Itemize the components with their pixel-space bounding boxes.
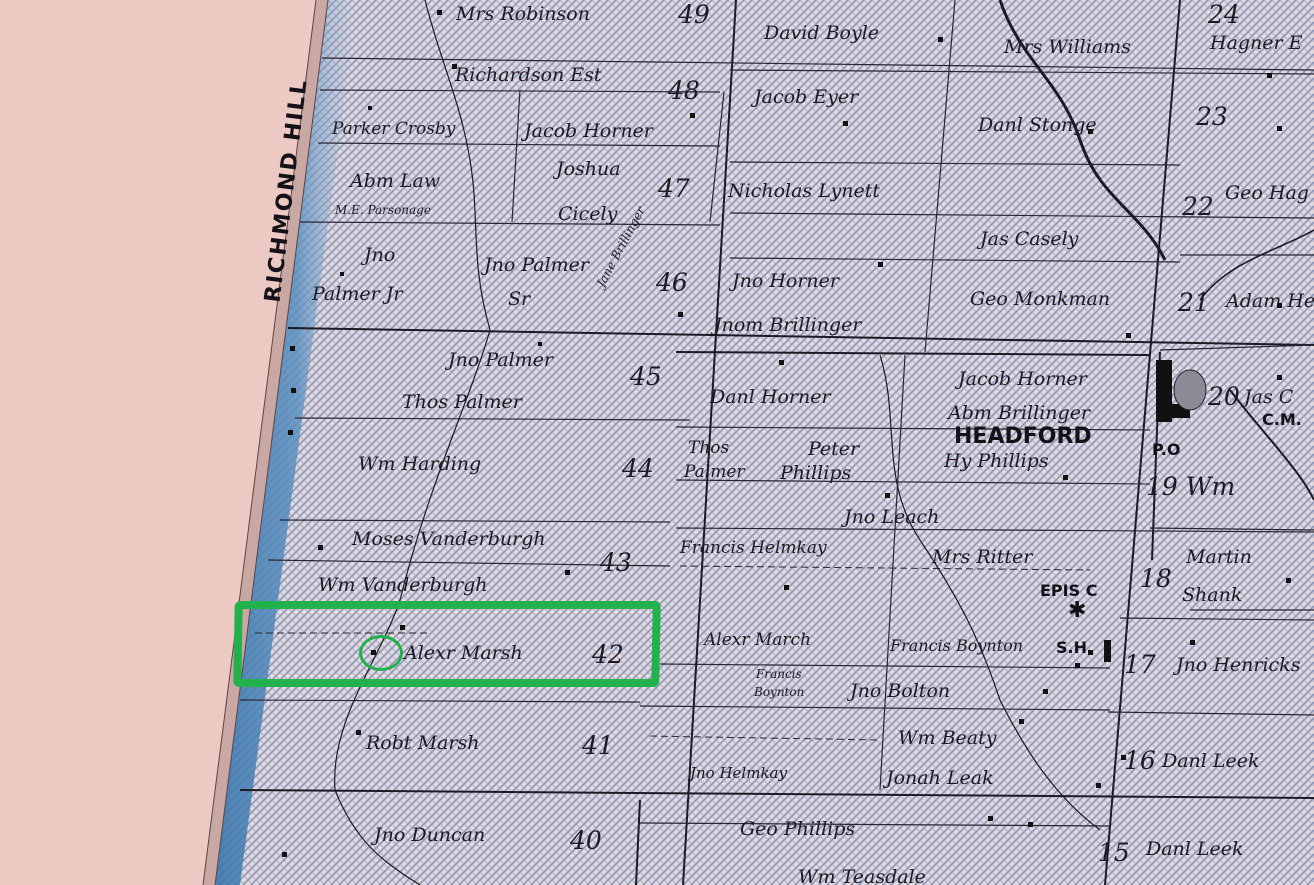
owner-label: Danl Horner xyxy=(710,388,831,407)
owner-label: Jno Helmkay xyxy=(690,766,787,781)
lot-number: 47 xyxy=(658,176,690,201)
owner-label: Jonah Leak xyxy=(886,769,994,788)
owner-label: Francis Helmkay xyxy=(680,540,827,557)
owner-label: Thos Palmer xyxy=(402,393,522,412)
owner-label: Danl Stonge xyxy=(978,116,1097,135)
owner-label: Cicely xyxy=(558,205,617,224)
owner-label: Moses Vanderburgh xyxy=(352,530,546,549)
lot-number: 49 xyxy=(678,2,710,27)
lot-number: 18 xyxy=(1140,566,1172,591)
lot-number: 45 xyxy=(630,364,662,389)
owner-label: Alexr March xyxy=(704,632,811,649)
owner-label: Jno Duncan xyxy=(374,826,485,845)
owner-label: Francis xyxy=(756,668,802,680)
owner-label: Jno Palmer xyxy=(484,256,589,275)
owner-label: Jno Leach xyxy=(844,508,939,527)
owner-label: Mrs Ritter xyxy=(932,548,1032,567)
owner-label: Wm Harding xyxy=(358,455,481,474)
owner-label: Abm Law xyxy=(350,172,440,191)
highlight-rectangle-lot-42 xyxy=(233,601,661,687)
owner-label: Hy Phillips xyxy=(944,452,1049,471)
owner-label: Martin xyxy=(1186,548,1252,567)
lot-number: 17 xyxy=(1124,652,1156,677)
owner-label: Jno xyxy=(364,246,395,265)
lot-number: 15 xyxy=(1098,840,1130,865)
mill-label: C.M. xyxy=(1262,412,1302,428)
owner-label: Jas Casely xyxy=(980,230,1078,249)
owner-label: Mrs Williams xyxy=(1004,38,1131,57)
owner-label: M.E. Parsonage xyxy=(335,204,431,216)
owner-label: Nicholas Lynett xyxy=(728,182,880,201)
owner-label: Phillips xyxy=(780,464,851,483)
owner-label: Geo Hag xyxy=(1225,184,1309,203)
owner-label: Danl Leek xyxy=(1146,840,1244,859)
lot-number: 23 xyxy=(1196,104,1228,129)
school-house-label: S.H xyxy=(1056,640,1087,656)
owner-label: Jno Palmer xyxy=(448,351,553,370)
lot-number: 20 xyxy=(1208,384,1240,409)
owner-label: Shank xyxy=(1182,586,1242,605)
owner-label: Jacob Horner xyxy=(524,122,653,141)
owner-label: Mrs Robinson xyxy=(456,5,590,24)
lot-number: 44 xyxy=(622,456,654,481)
owner-label: David Boyle xyxy=(764,24,879,43)
owner-label: Jno Henricks xyxy=(1176,656,1300,675)
owner-label: Wm Teasdale xyxy=(798,868,926,885)
owner-label: Wm Beaty xyxy=(898,729,997,748)
owner-label: Jno Bolton xyxy=(850,682,950,701)
owner-label: Richardson Est xyxy=(455,66,602,85)
village-label-headford: HEADFORD xyxy=(954,426,1092,448)
owner-label: Jacob Horner xyxy=(958,370,1087,389)
owner-label: Parker Crosby xyxy=(332,121,455,138)
owner-label: Jnom Brillinger xyxy=(714,316,861,335)
owner-label: Sr xyxy=(508,290,530,309)
episcopal-church-label: EPIS C xyxy=(1040,583,1097,599)
lot-number: 16 xyxy=(1124,748,1156,773)
lot-number: 48 xyxy=(668,78,700,103)
owner-label: Joshua xyxy=(556,160,621,179)
owner-label: Jas C xyxy=(1244,388,1293,407)
owner-label: Danl Leek xyxy=(1162,752,1260,771)
map-sheet xyxy=(0,0,1314,885)
owner-label: Palmer Jr xyxy=(312,285,402,304)
owner-label: Hagner E xyxy=(1210,34,1303,53)
owner-label: Thos xyxy=(688,440,729,457)
lot-number: 21 xyxy=(1178,290,1210,315)
owner-label: Geo Phillips xyxy=(740,820,855,839)
lot-number: 40 xyxy=(570,828,602,853)
highlight-circle-house xyxy=(359,635,403,671)
owner-label: Abm Brillinger xyxy=(948,404,1090,423)
owner-label: Adam He xyxy=(1226,292,1314,311)
lot-number: 41 xyxy=(582,733,614,758)
owner-label: Peter xyxy=(808,440,859,459)
church-star-icon: ✱ xyxy=(1068,598,1086,623)
lot-number: 19 Wm xyxy=(1146,474,1235,499)
owner-label: Francis Boynton xyxy=(890,638,1023,654)
owner-label: Palmer xyxy=(684,464,745,481)
owner-label: Robt Marsh xyxy=(366,734,479,753)
owner-label: Jacob Eyer xyxy=(754,88,858,107)
lot-number: 22 xyxy=(1182,194,1214,219)
lot-number: 24 xyxy=(1208,2,1240,27)
lot-number: 43 xyxy=(600,550,632,575)
owner-label: Boynton xyxy=(754,686,804,698)
owner-label: Jno Horner xyxy=(732,272,839,291)
owner-label: Geo Monkman xyxy=(970,290,1110,309)
owner-label: Wm Vanderburgh xyxy=(318,576,488,595)
post-office-label: P.O xyxy=(1152,442,1180,458)
lot-number: 46 xyxy=(656,270,688,295)
